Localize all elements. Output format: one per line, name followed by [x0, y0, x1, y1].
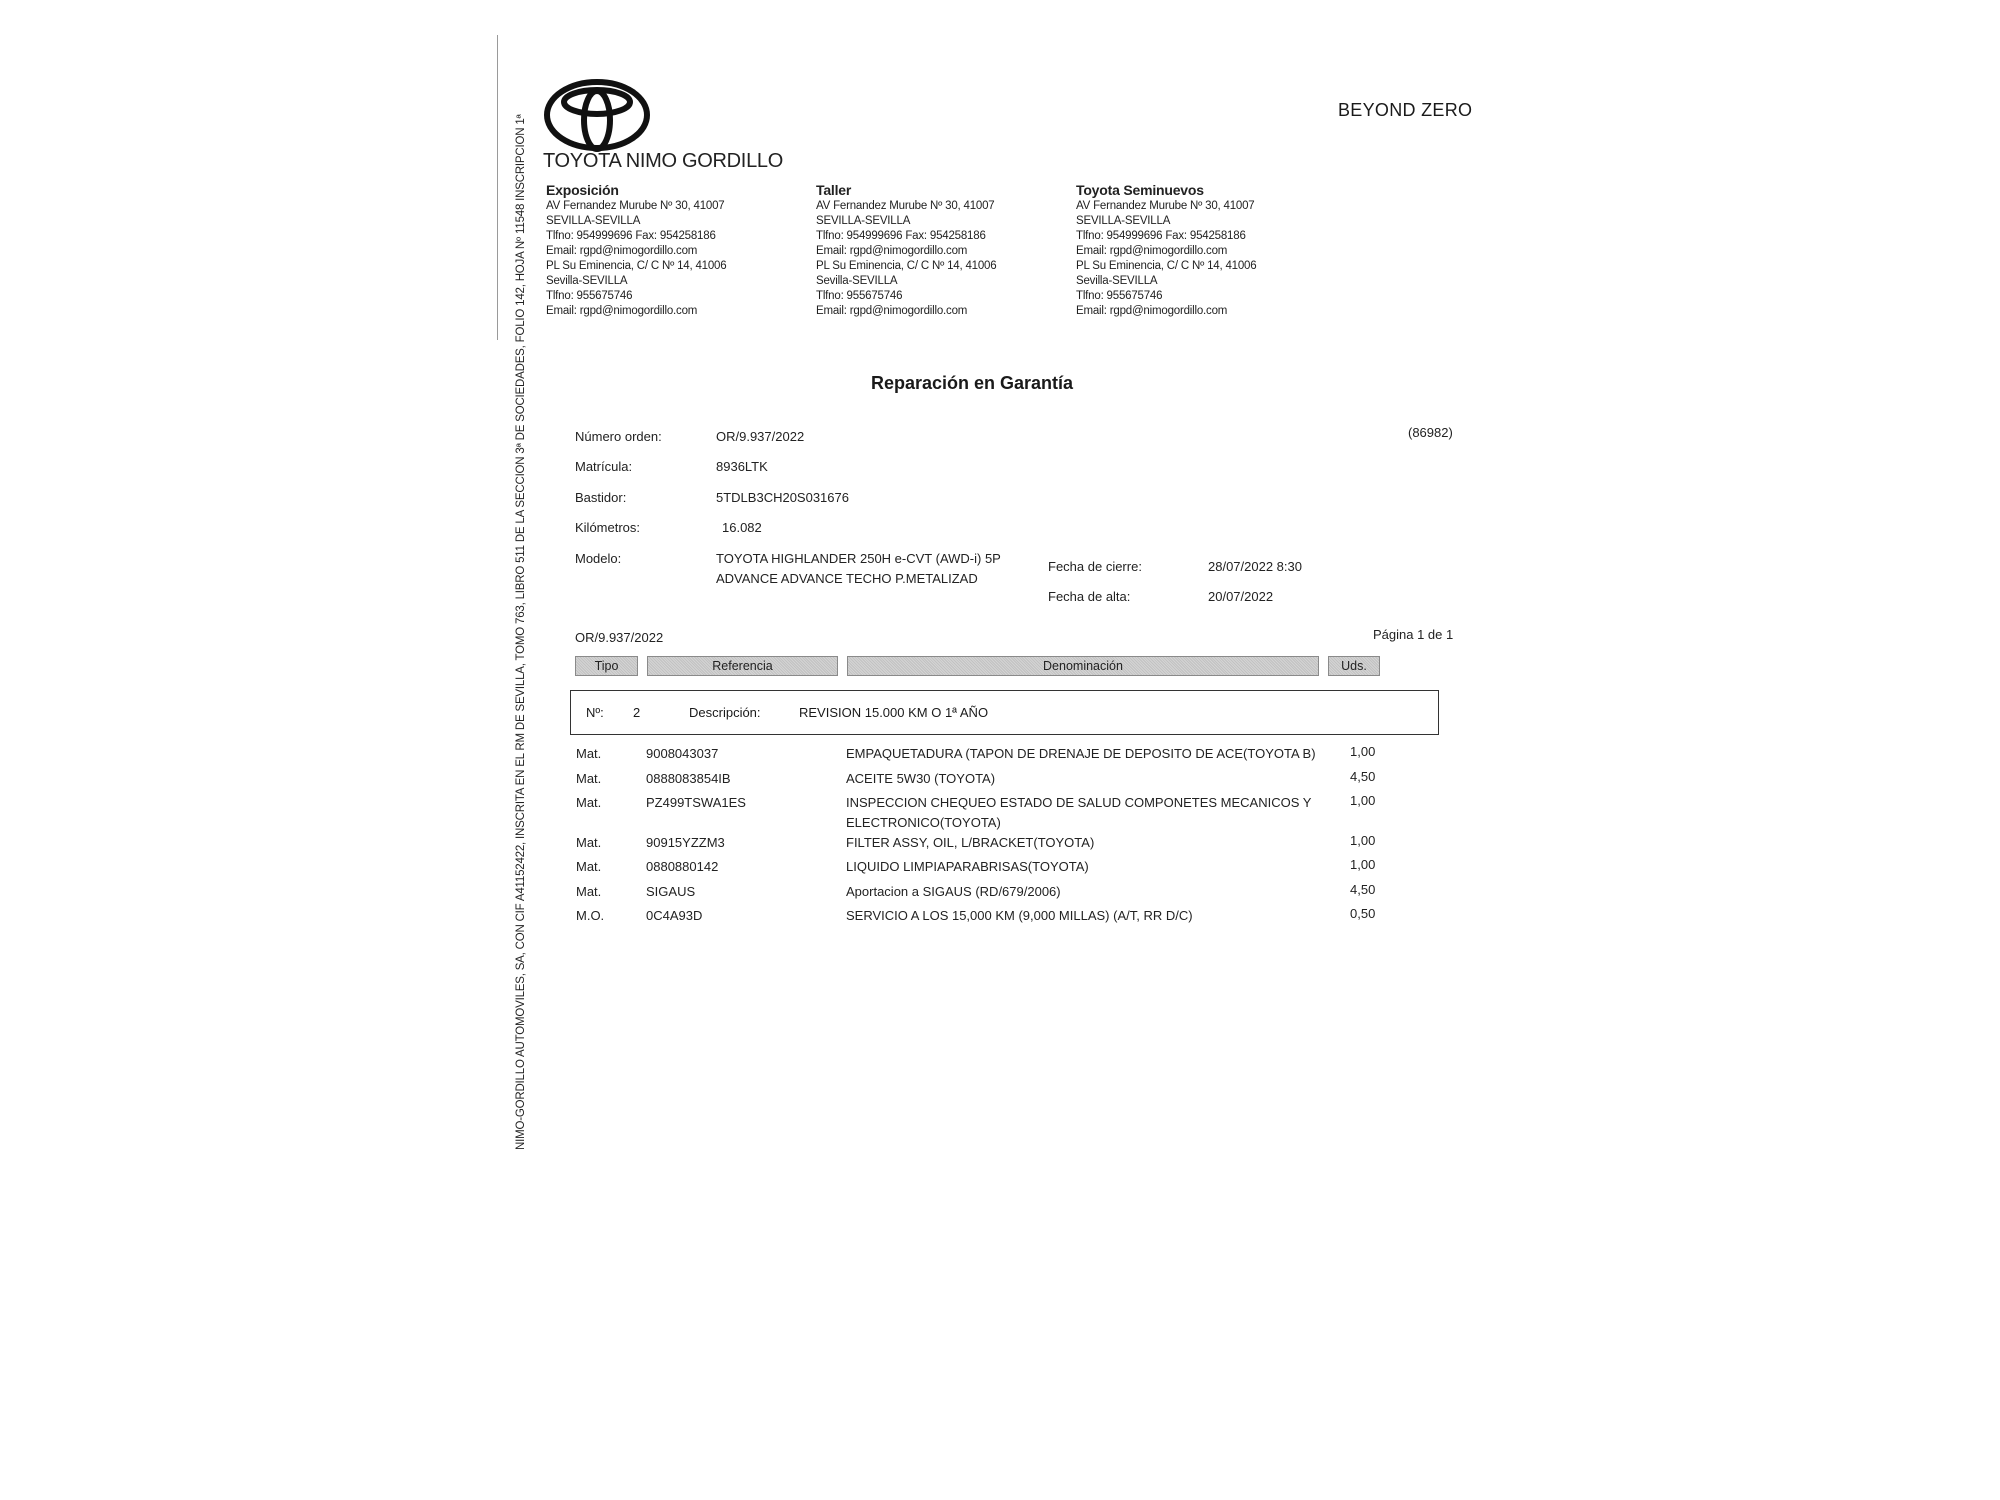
address-line: PL Su Eminencia, C/ C Nº 14, 41006	[546, 259, 726, 274]
address-line: AV Fernandez Murube Nº 30, 41007	[816, 199, 996, 214]
phone-line: Tlfno: 954999696 Fax: 954258186	[546, 229, 726, 244]
column-header-uds: Uds.	[1328, 656, 1380, 676]
row-referencia: 0C4A93D	[646, 908, 702, 923]
column-header-denominacion: Denominación	[847, 656, 1319, 676]
row-tipo: M.O.	[576, 908, 604, 923]
row-uds: 1,00	[1350, 833, 1375, 848]
column-header-tipo: Tipo	[575, 656, 638, 676]
row-tipo: Mat.	[576, 746, 601, 761]
row-denominacion-line2: ELECTRONICO(TOYOTA)	[846, 815, 1001, 830]
row-tipo: Mat.	[576, 771, 601, 786]
phone-line: Tlfno: 955675746	[546, 289, 726, 304]
row-tipo: Mat.	[576, 859, 601, 874]
phone-line: Tlfno: 954999696 Fax: 954258186	[1076, 229, 1256, 244]
vin-value: 5TDLB3CH20S031676	[716, 490, 849, 505]
order-number-value: OR/9.937/2022	[716, 429, 804, 444]
location-title: Taller	[816, 182, 996, 198]
address-line: Sevilla-SEVILLA	[546, 274, 726, 289]
phone-line: Tlfno: 955675746	[1076, 289, 1256, 304]
row-tipo: Mat.	[576, 795, 601, 810]
address-line: SEVILLA-SEVILLA	[1076, 214, 1256, 229]
address-line: Sevilla-SEVILLA	[1076, 274, 1256, 289]
slogan: BEYOND ZERO	[1338, 100, 1472, 121]
document-title: Reparación en Garantía	[0, 373, 2000, 394]
page-info: Página 1 de 1	[1373, 627, 1453, 642]
section-number-label: Nº:	[586, 705, 604, 720]
row-uds: 0,50	[1350, 906, 1375, 921]
address-line: PL Su Eminencia, C/ C Nº 14, 41006	[816, 259, 996, 274]
row-denominacion: EMPAQUETADURA (TAPON DE DRENAJE DE DEPOS…	[846, 746, 1316, 761]
row-tipo: Mat.	[576, 884, 601, 899]
open-date-value: 20/07/2022	[1208, 589, 1273, 604]
address-line: SEVILLA-SEVILLA	[546, 214, 726, 229]
close-date-label: Fecha de cierre:	[1048, 559, 1142, 574]
location-taller: Taller AV Fernandez Murube Nº 30, 41007 …	[816, 182, 996, 319]
toyota-logo-icon	[543, 78, 651, 152]
section-description-label: Descripción:	[689, 705, 761, 720]
row-uds: 4,50	[1350, 882, 1375, 897]
brand-name: TOYOTA NIMO GORDILLO	[543, 150, 783, 173]
row-referencia: 0880880142	[646, 859, 718, 874]
row-denominacion: Aportacion a SIGAUS (RD/679/2006)	[846, 884, 1061, 899]
email-line: Email: rgpd@nimogordillo.com	[1076, 244, 1256, 259]
location-seminuevos: Toyota Seminuevos AV Fernandez Murube Nº…	[1076, 182, 1256, 319]
address-line: AV Fernandez Murube Nº 30, 41007	[1076, 199, 1256, 214]
document-title-text: Reparación en Garantía	[871, 373, 1073, 393]
row-uds: 1,00	[1350, 793, 1375, 808]
address-line: SEVILLA-SEVILLA	[816, 214, 996, 229]
row-uds: 4,50	[1350, 769, 1375, 784]
close-date-value: 28/07/2022 8:30	[1208, 559, 1302, 574]
row-referencia: 9008043037	[646, 746, 718, 761]
mileage-label: Kilómetros:	[575, 520, 640, 535]
order-number-label: Número orden:	[575, 429, 662, 444]
email-line: Email: rgpd@nimogordillo.com	[546, 244, 726, 259]
order-reference: OR/9.937/2022	[575, 630, 663, 645]
email-line: Email: rgpd@nimogordillo.com	[816, 304, 996, 319]
vin-label: Bastidor:	[575, 490, 626, 505]
email-line: Email: rgpd@nimogordillo.com	[816, 244, 996, 259]
phone-line: Tlfno: 955675746	[816, 289, 996, 304]
row-denominacion: SERVICIO A LOS 15,000 KM (9,000 MILLAS) …	[846, 908, 1193, 923]
model-value-line2: ADVANCE ADVANCE TECHO P.METALIZAD	[716, 571, 978, 586]
row-referencia: SIGAUS	[646, 884, 695, 899]
row-denominacion: LIQUIDO LIMPIAPARABRISAS(TOYOTA)	[846, 859, 1089, 874]
section-description-value: REVISION 15.000 KM O 1ª AÑO	[799, 705, 988, 720]
location-title: Exposición	[546, 182, 726, 198]
row-referencia: PZ499TSWA1ES	[646, 795, 746, 810]
phone-line: Tlfno: 954999696 Fax: 954258186	[816, 229, 996, 244]
email-line: Email: rgpd@nimogordillo.com	[546, 304, 726, 319]
legal-registration-text: NIMO-GORDILLO AUTOMOVILES, SA, CON CIF A…	[515, 114, 527, 1150]
model-label: Modelo:	[575, 551, 621, 566]
row-referencia: 90915YZZM3	[646, 835, 725, 850]
section-description-box: Nº: 2 Descripción: REVISION 15.000 KM O …	[570, 690, 1439, 735]
email-line: Email: rgpd@nimogordillo.com	[1076, 304, 1256, 319]
mileage-value: 16.082	[722, 520, 762, 535]
row-denominacion: ACEITE 5W30 (TOYOTA)	[846, 771, 995, 786]
scan-edge-line	[497, 35, 498, 340]
row-denominacion: FILTER ASSY, OIL, L/BRACKET(TOYOTA)	[846, 835, 1094, 850]
plate-value: 8936LTK	[716, 459, 768, 474]
row-uds: 1,00	[1350, 857, 1375, 872]
row-denominacion: INSPECCION CHEQUEO ESTADO DE SALUD COMPO…	[846, 795, 1311, 810]
row-uds: 1,00	[1350, 744, 1375, 759]
plate-label: Matrícula:	[575, 459, 632, 474]
address-line: PL Su Eminencia, C/ C Nº 14, 41006	[1076, 259, 1256, 274]
address-line: Sevilla-SEVILLA	[816, 274, 996, 289]
address-line: AV Fernandez Murube Nº 30, 41007	[546, 199, 726, 214]
open-date-label: Fecha de alta:	[1048, 589, 1130, 604]
row-tipo: Mat.	[576, 835, 601, 850]
location-title: Toyota Seminuevos	[1076, 182, 1256, 198]
model-value-line1: TOYOTA HIGHLANDER 250H e-CVT (AWD-i) 5P	[716, 551, 1001, 566]
row-referencia: 0888083854IB	[646, 771, 731, 786]
location-exposicion: Exposición AV Fernandez Murube Nº 30, 41…	[546, 182, 726, 319]
column-header-referencia: Referencia	[647, 656, 838, 676]
reference-code: (86982)	[1408, 425, 1453, 440]
section-number-value: 2	[633, 705, 640, 720]
